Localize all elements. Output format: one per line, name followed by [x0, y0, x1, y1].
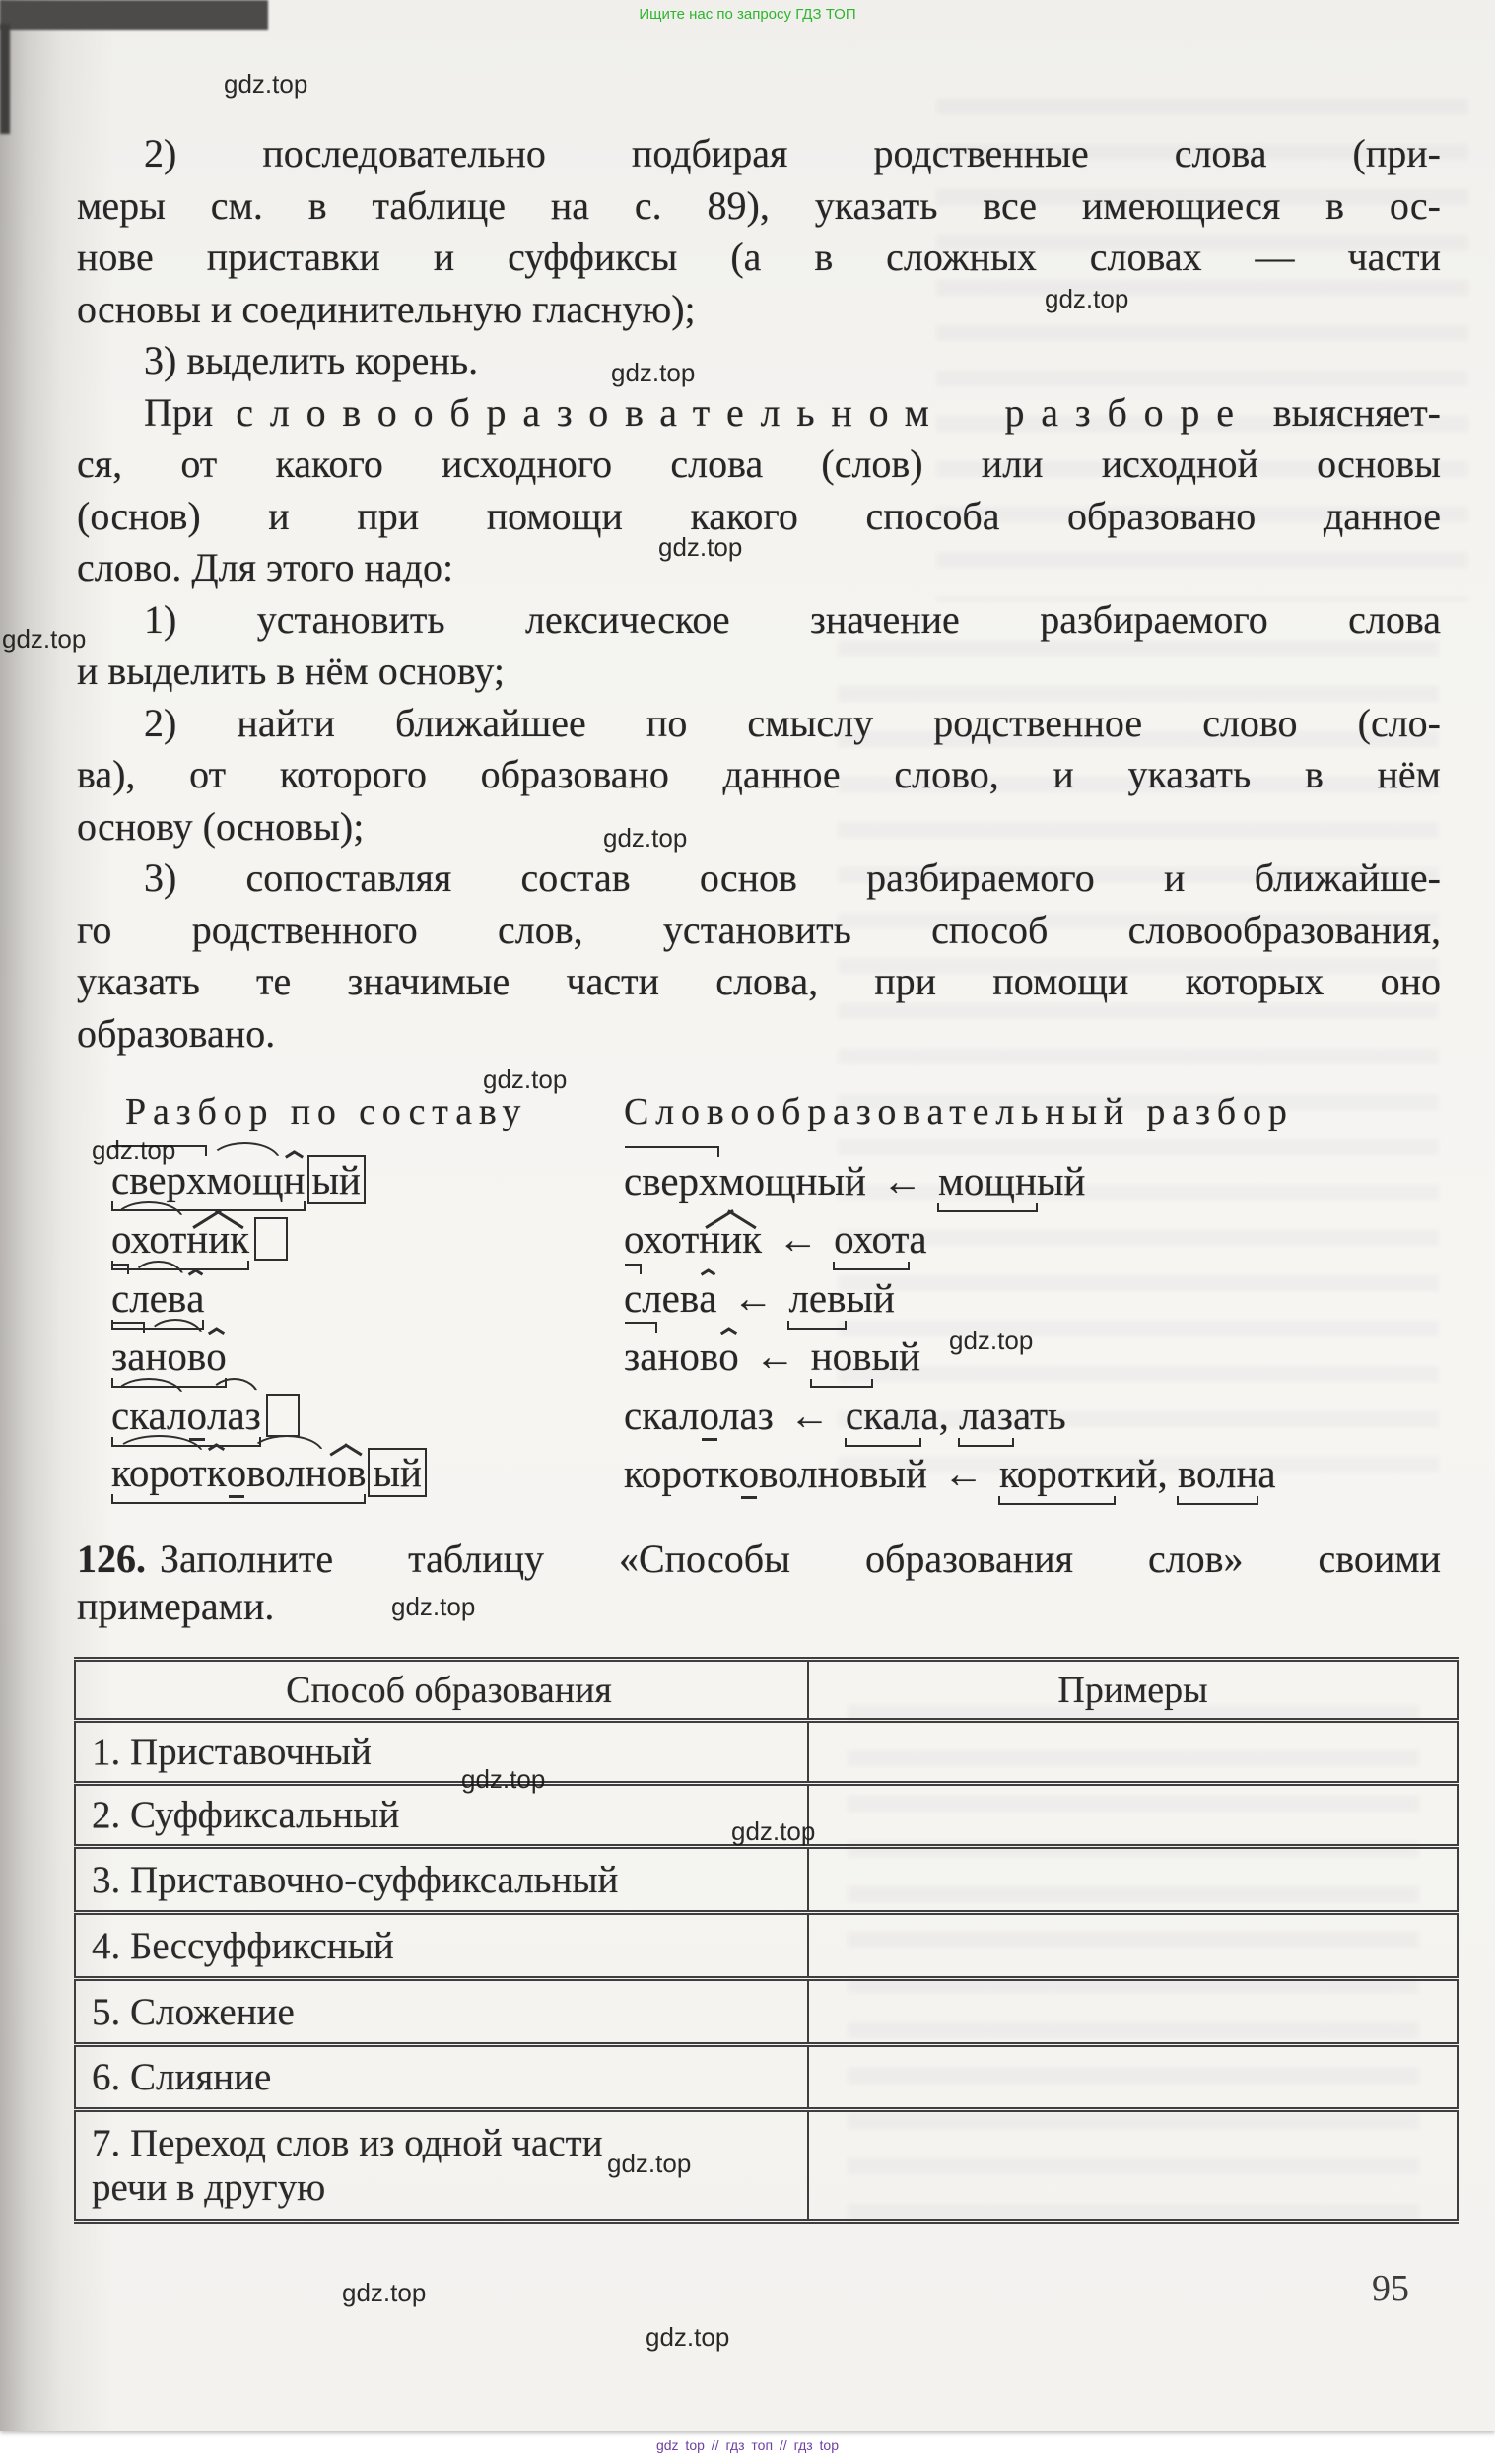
- source-morpheme: охот: [834, 1215, 909, 1263]
- suffix-morpheme: ник: [699, 1216, 762, 1262]
- left-arrow-icon: ←: [882, 1158, 922, 1203]
- suffix-morpheme: о: [206, 1334, 227, 1379]
- watermark-text: gdz.top: [461, 1764, 545, 1795]
- suffix-morpheme: а: [186, 1275, 204, 1321]
- derivation-cell: сверхмощный←мощный: [624, 1157, 1085, 1204]
- connecting-vowel-morpheme: о: [700, 1393, 720, 1438]
- body-line: образовано.: [77, 1008, 1441, 1061]
- morpheme: лев: [642, 1275, 699, 1321]
- source-morpheme: ий: [1115, 1451, 1158, 1496]
- derivation-cell: охотник←охота: [624, 1215, 927, 1263]
- source-morpheme: ый: [1037, 1158, 1086, 1203]
- morpheme: охот: [624, 1216, 699, 1262]
- suffix-morpheme: ник: [186, 1216, 249, 1262]
- derivation-cell: скалолаз←скала, лазать: [624, 1392, 1066, 1439]
- body-text: 2) последовательно подбирая родственные …: [77, 128, 1441, 1060]
- word-stem: коротковолнов: [111, 1450, 366, 1495]
- table-row: 4. Бессуффиксный: [75, 1913, 1458, 1979]
- site-footer: gdz top // гдз топ // гдз top: [0, 2437, 1495, 2453]
- composition-word-cell: скалолаз: [111, 1392, 624, 1439]
- body-line: ва), от которого образовано данное слово…: [77, 749, 1441, 801]
- body-line: слово. Для этого надо:: [77, 542, 1441, 594]
- composition-word-cell: заново: [111, 1333, 624, 1380]
- morpheme: коротк: [624, 1451, 739, 1496]
- word-stem: заново: [111, 1334, 227, 1379]
- source-morpheme: а: [909, 1216, 926, 1262]
- source-morpheme: ать: [1013, 1393, 1066, 1438]
- morpheme-word: слева: [624, 1275, 716, 1321]
- comparison-headers: Разбор по составу Словообразовательный р…: [111, 1090, 1434, 1133]
- word-stem: слева: [111, 1275, 204, 1321]
- table-row: 6. Слияние: [75, 2045, 1458, 2110]
- root-morpheme: мощ: [207, 1157, 284, 1202]
- source-morpheme: лев: [788, 1274, 846, 1322]
- page-number: 95: [1372, 2267, 1409, 2310]
- exercise-text: Заполните таблицу «Способы образования с…: [160, 1537, 1441, 1581]
- source-morpheme: волн: [1178, 1450, 1257, 1497]
- body-line: ся, от какого исходного слова (слов) или…: [77, 439, 1441, 491]
- exercise-line: 126.Заполните таблицу «Способы образован…: [77, 1536, 1441, 1583]
- table-row: 5. Сложение: [75, 1979, 1458, 2045]
- body-line: основы и соединительную гласную);: [77, 284, 1441, 336]
- prefix-morpheme: с: [111, 1275, 129, 1321]
- zero-ending-box: [254, 1217, 288, 1261]
- suffix-morpheme: а: [699, 1275, 716, 1321]
- root-morpheme: лев: [129, 1275, 186, 1321]
- watermark-text: gdz.top: [342, 2278, 426, 2308]
- body-line: (основ) и при помощи какого способа обра…: [77, 491, 1441, 543]
- method-cell: 7. Переход слов из одной части речи в др…: [75, 2110, 808, 2222]
- morpheme-word: сверхмощный: [624, 1158, 866, 1203]
- left-arrow-icon: ←: [755, 1334, 795, 1379]
- source-morpheme: мощн: [938, 1157, 1037, 1204]
- examples-cell: [808, 1721, 1458, 1784]
- promo-note: Ищите нас по запросу ГДЗ ТОП: [0, 6, 1495, 23]
- derivation-row: скалолазскалолаз←скала, лазать: [111, 1380, 1456, 1439]
- source-separator: ,: [1157, 1451, 1178, 1496]
- source-morpheme: лаз: [959, 1392, 1013, 1439]
- examples-cell: [808, 2045, 1458, 2110]
- source-morpheme: коротк: [999, 1450, 1115, 1497]
- body-line: указать те значимые части слова, при пом…: [77, 956, 1441, 1008]
- examples-cell: [808, 1847, 1458, 1913]
- prefix-morpheme: с: [624, 1275, 642, 1321]
- derivation-row: сверхмощныйсверхмощный←мощный: [111, 1145, 1456, 1204]
- watermark-text: gdz.top: [731, 1816, 815, 1847]
- body-line: основу (основы);: [77, 801, 1441, 854]
- root-morpheme: нов: [145, 1334, 206, 1379]
- table-row: 3. Приставочно-суффиксальный: [75, 1847, 1458, 1913]
- exercise-number: 126.: [77, 1537, 146, 1581]
- morpheme-word: скалолаз: [111, 1393, 300, 1438]
- morpheme-word: коротковолновый: [624, 1451, 927, 1496]
- composition-word-cell: охотник: [111, 1215, 624, 1263]
- body-line: 2) последовательно подбирая родственные …: [77, 128, 1441, 180]
- examples-cell: [808, 1913, 1458, 1979]
- watermark-text: gdz.top: [949, 1326, 1033, 1356]
- root-morpheme: скал: [111, 1393, 187, 1438]
- watermark-text: gdz.top: [1045, 284, 1128, 314]
- derivation-cell: слева←левый: [624, 1274, 895, 1322]
- watermark-text: gdz.top: [646, 2322, 729, 2353]
- examples-cell: [808, 2110, 1458, 2222]
- body-line: нове приставки и суффиксы (а в сложных с…: [77, 232, 1441, 284]
- morpheme-word: охотник: [111, 1216, 288, 1262]
- formation-table: Способ образования Примеры 1. Приставочн…: [74, 1657, 1459, 2224]
- morpheme: нов: [657, 1334, 718, 1379]
- body-line: меры см. в таблице на с. 89), указать вс…: [77, 180, 1441, 233]
- connecting-vowel-morpheme: о: [227, 1450, 247, 1495]
- derivation-examples: сверхмощныйсверхмощный←мощныйохотникохот…: [111, 1145, 1456, 1497]
- text-run: При: [144, 390, 236, 435]
- method-cell: 5. Сложение: [75, 1979, 808, 2045]
- watermark-text: gdz.top: [391, 1592, 475, 1622]
- prefix-morpheme: за: [111, 1334, 145, 1379]
- body-line: го родственного слов, установить способ …: [77, 905, 1441, 957]
- body-line: 3) сопоставляя состав основ разбираемого…: [77, 853, 1441, 905]
- morpheme-word: слева: [111, 1275, 204, 1321]
- table-header-row: Способ образования Примеры: [75, 1660, 1458, 1721]
- morpheme: скал: [624, 1393, 700, 1438]
- left-arrow-icon: ←: [943, 1451, 984, 1496]
- suffix-morpheme: ов: [327, 1450, 367, 1495]
- body-line: 1) установить лексическое значение разби…: [77, 594, 1441, 647]
- source-morpheme: а: [1257, 1451, 1275, 1496]
- watermark-text: gdz.top: [2, 624, 86, 654]
- composition-word-cell: коротковолновый: [111, 1448, 624, 1497]
- root-morpheme: корот: [111, 1450, 207, 1495]
- method-cell: 1. Приставочный: [75, 1721, 808, 1784]
- watermark-text: gdz.top: [658, 532, 742, 563]
- composition-header: Разбор по составу: [111, 1090, 624, 1133]
- zero-ending-box: [266, 1394, 300, 1437]
- prefix-morpheme: сверх: [624, 1158, 719, 1203]
- text-run: выясняет-: [1251, 390, 1441, 435]
- root-morpheme: волн: [246, 1450, 326, 1495]
- word-stem: охотник: [111, 1216, 249, 1262]
- left-arrow-icon: ←: [778, 1216, 818, 1262]
- connecting-vowel-morpheme: о: [187, 1393, 208, 1438]
- prefix-morpheme: за: [624, 1334, 657, 1379]
- ending-box: ый: [368, 1448, 427, 1497]
- method-cell: 3. Приставочно-суффиксальный: [75, 1847, 808, 1913]
- morpheme-word: заново: [624, 1334, 739, 1379]
- root-morpheme: охот: [111, 1216, 186, 1262]
- morpheme-word: коротковолновый: [111, 1448, 427, 1497]
- suffix-morpheme: н: [284, 1157, 306, 1202]
- left-arrow-icon: ←: [732, 1275, 773, 1321]
- body-line: и выделить в нём основу;: [77, 646, 1441, 698]
- derivation-cell: коротковолновый←короткий, волна: [624, 1450, 1276, 1497]
- morpheme: лаз: [719, 1393, 774, 1438]
- morpheme: мощный: [719, 1158, 866, 1203]
- method-cell: 6. Слияние: [75, 2045, 808, 2110]
- ending-box: ый: [307, 1155, 367, 1204]
- morpheme-word: заново: [111, 1334, 227, 1379]
- derivation-header: Словообразовательный разбор: [624, 1090, 1294, 1133]
- watermark-text: gdz.top: [92, 1135, 175, 1166]
- exercise-line: примерами.: [77, 1583, 1441, 1630]
- left-arrow-icon: ←: [789, 1393, 830, 1438]
- method-column-header: Способ образования: [75, 1660, 808, 1721]
- morpheme-word: охотник: [624, 1216, 762, 1262]
- suffix-morpheme: о: [718, 1334, 739, 1379]
- examples-cell: [808, 1979, 1458, 2045]
- emphasized-term: словообразовательном разборе: [236, 390, 1251, 435]
- body-line: 2) найти ближайшее по смыслу родственное…: [77, 698, 1441, 750]
- source-separator: ,: [939, 1393, 960, 1438]
- source-morpheme: скал: [846, 1392, 921, 1439]
- composition-word-cell: сверхмощный: [111, 1155, 624, 1204]
- scan-edge-artifact: [0, 24, 10, 134]
- examples-cell: [808, 1784, 1458, 1847]
- method-cell: 2. Суффиксальный: [75, 1784, 808, 1847]
- source-morpheme: нов: [811, 1333, 872, 1380]
- root-morpheme: лаз: [207, 1393, 261, 1438]
- textbook-scan-page: Ищите нас по запросу ГДЗ ТОП 2) последов…: [0, 0, 1495, 2464]
- source-morpheme: ый: [872, 1334, 921, 1379]
- source-morpheme: ый: [846, 1275, 895, 1321]
- table-row: 1. Приставочный: [75, 1721, 1458, 1784]
- table-row: 7. Переход слов из одной части речи в др…: [75, 2110, 1458, 2222]
- watermark-text: gdz.top: [603, 823, 687, 854]
- derivation-row: коротковолновыйкоротковолновый←короткий,…: [111, 1439, 1456, 1498]
- watermark-text: gdz.top: [224, 69, 307, 100]
- watermark-text: gdz.top: [483, 1064, 567, 1095]
- morpheme: волновый: [759, 1451, 927, 1496]
- derivation-row: охотникохотник←охота: [111, 1204, 1456, 1264]
- watermark-text: gdz.top: [607, 2149, 691, 2179]
- word-stem: скалолаз: [111, 1393, 261, 1438]
- exercise-heading: 126.Заполните таблицу «Способы образован…: [77, 1536, 1441, 1630]
- composition-word-cell: слева: [111, 1274, 624, 1322]
- body-line: При словообразовательном разборе выясняе…: [77, 387, 1441, 440]
- examples-column-header: Примеры: [808, 1660, 1458, 1721]
- derivation-row: зановозаново←новый: [111, 1322, 1456, 1381]
- connecting-vowel-morpheme: о: [739, 1451, 760, 1496]
- watermark-text: gdz.top: [611, 358, 695, 388]
- morpheme-word: скалолаз: [624, 1393, 774, 1438]
- suffix-morpheme: к: [207, 1450, 227, 1495]
- source-morpheme: а: [920, 1393, 938, 1438]
- method-cell: 4. Бессуффиксный: [75, 1913, 808, 1979]
- derivation-row: слеваслева←левый: [111, 1263, 1456, 1322]
- derivation-cell: заново←новый: [624, 1333, 920, 1380]
- body-line: 3) выделить корень.: [77, 335, 1441, 387]
